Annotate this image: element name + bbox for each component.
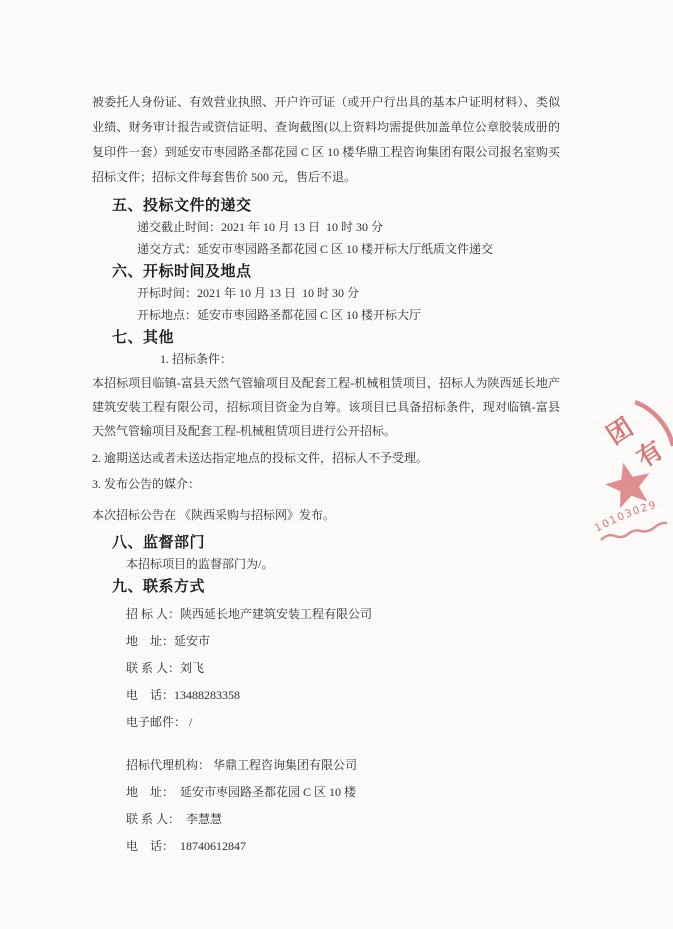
supervision-body-line: 本招标项目的监督部门为/。 bbox=[126, 553, 560, 575]
seal-char-bottom: 有 bbox=[632, 436, 668, 473]
agency-name-line: 招标代理机构： 华鼎工程咨询集团有限公司 bbox=[126, 752, 560, 779]
other-item2-line: 2. 逾期送达或者未送达指定地点的投标文件，招标人不予受理。 bbox=[92, 447, 560, 470]
seal-wavy-line bbox=[601, 523, 667, 540]
other-item1-body: 本招标项目临镇-富县天然气管输项目及配套工程-机械租赁项目，招标人为陕西延长地产… bbox=[92, 371, 560, 443]
submission-deadline-line: 递交截止时间：2021 年 10 月 13 日 10 时 30 分 bbox=[137, 216, 560, 238]
other-item1-label: 1. 招标条件： bbox=[160, 348, 560, 370]
section-heading-opening: 六、开标时间及地点 bbox=[112, 260, 560, 282]
other-item3-label: 3. 发布公告的媒介： bbox=[92, 473, 560, 496]
opening-place-line: 开标地点：延安市枣园路圣都花园 C 区 10 楼开标大厅 bbox=[137, 304, 560, 326]
section-heading-contact: 九、联系方式 bbox=[112, 575, 560, 597]
tenderer-person-line: 联 系 人：刘飞 bbox=[126, 655, 560, 682]
document-page: 被委托人身份证、有效营业执照、开户许可证（或开户行出具的基本户证明材料）、类似业… bbox=[0, 0, 673, 929]
other-item3-body: 本次招标公告在 《陕西采购与招标网》发布。 bbox=[92, 504, 560, 527]
section-heading-supervision: 八、监督部门 bbox=[112, 531, 560, 553]
opening-time-line: 开标时间：2021 年 10 月 13 日 10 时 30 分 bbox=[137, 282, 560, 304]
document-body: 被委托人身份证、有效营业执照、开户许可证（或开户行出具的基本户证明材料）、类似业… bbox=[92, 90, 560, 860]
tenderer-email-line: 电子邮件： / bbox=[126, 709, 560, 736]
agency-person-line: 联 系 人： 李慧慧 bbox=[126, 806, 560, 833]
seal-star-icon bbox=[600, 454, 661, 516]
agency-contact-block: 招标代理机构： 华鼎工程咨询集团有限公司 地 址： 延安市枣园路圣都花园 C 区… bbox=[92, 752, 560, 860]
seal-arc bbox=[635, 402, 673, 446]
red-seal-stamp-icon: 团 有 10103029 bbox=[593, 400, 673, 550]
tenderer-name-line: 招 标 人：陕西延长地产建筑安装工程有限公司 bbox=[126, 601, 560, 628]
section-heading-other: 七、其他 bbox=[112, 326, 560, 348]
seal-serial-number: 10103029 bbox=[593, 499, 658, 535]
intro-paragraph: 被委托人身份证、有效营业执照、开户许可证（或开户行出具的基本户证明材料）、类似业… bbox=[92, 90, 560, 190]
agency-address-line: 地 址： 延安市枣园路圣都花园 C 区 10 楼 bbox=[126, 779, 560, 806]
tenderer-phone-line: 电 话：13488283358 bbox=[126, 682, 560, 709]
section-heading-submission: 五、投标文件的递交 bbox=[112, 194, 560, 216]
agency-phone-line: 电 话： 18740612847 bbox=[126, 833, 560, 860]
submission-method-line: 递交方式：延安市枣园路圣都花园 C 区 10 楼开标大厅纸质文件递交 bbox=[137, 238, 560, 260]
tenderer-address-line: 地 址：延安市 bbox=[126, 628, 560, 655]
tenderer-contact-block: 招 标 人：陕西延长地产建筑安装工程有限公司 地 址：延安市 联 系 人：刘飞 … bbox=[92, 601, 560, 736]
seal-char-top: 团 bbox=[602, 413, 638, 450]
